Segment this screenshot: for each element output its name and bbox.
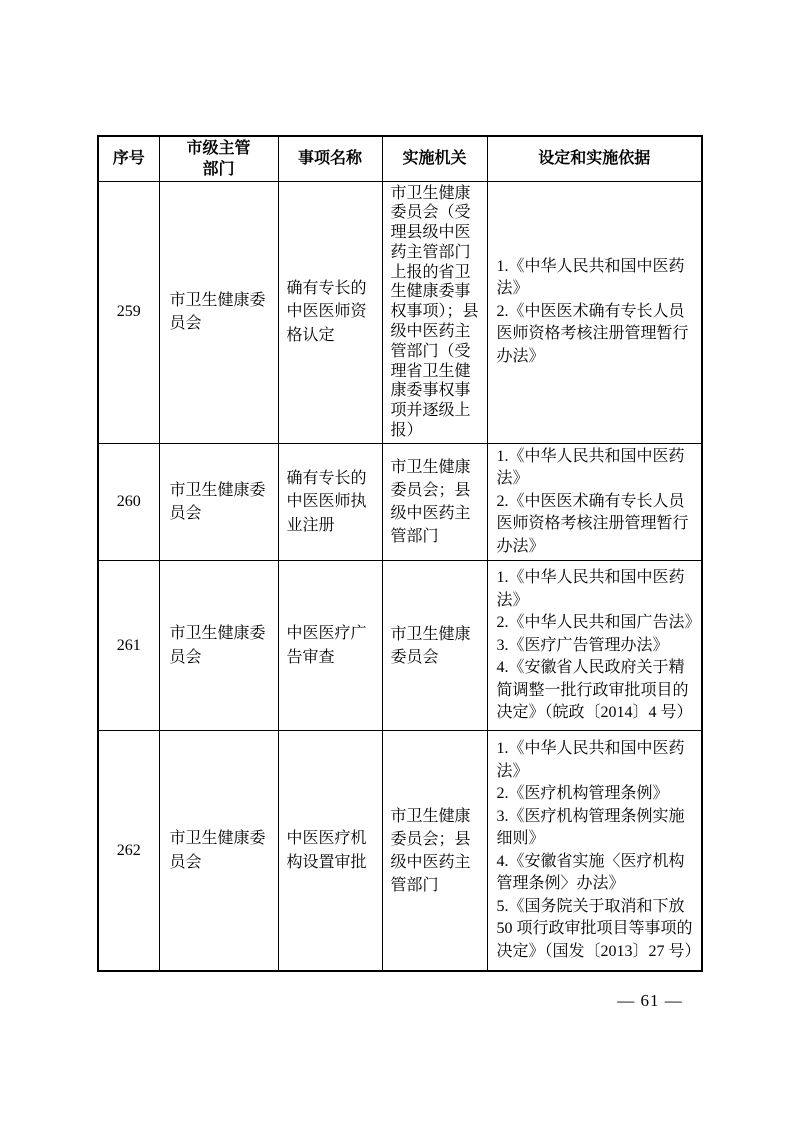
header-department: 市级主管部门	[159, 136, 278, 181]
cell-agency: 市卫生健康委员会（受理县级中医药主管部门上报的省卫生健康委事权事项）；县级中医药…	[382, 181, 487, 443]
cell-department: 市卫生健康委员会	[159, 443, 278, 561]
table-row: 259 市卫生健康委员会 确有专长的中医医师资格认定 市卫生健康委员会（受理县级…	[98, 181, 702, 443]
header-item-name: 事项名称	[278, 136, 382, 181]
basis-line: 1.《中华人民共和国中医药法》	[497, 567, 698, 612]
basis-line: 2.《中华人民共和国广告法》	[497, 612, 698, 635]
cell-department: 市卫生健康委员会	[159, 181, 278, 443]
header-row: 序号 市级主管部门 事项名称 实施机关 设定和实施依据	[98, 136, 702, 181]
cell-item-name: 中医医疗广告审查	[278, 561, 382, 731]
cell-basis: 1.《中华人民共和国中医药法》2.《中华人民共和国广告法》3.《医疗广告管理办法…	[487, 561, 702, 731]
page-number: — 61 —	[585, 991, 715, 1011]
cell-item-name: 中医医疗机构设置审批	[278, 731, 382, 971]
header-basis: 设定和实施依据	[487, 136, 702, 181]
table-row: 260 市卫生健康委员会 确有专长的中医医师执业注册 市卫生健康委员会；县级中医…	[98, 443, 702, 561]
basis-line: 2.《中医医术确有专长人员医师资格考核注册管理暂行办法》	[497, 491, 698, 559]
basis-line: 2.《医疗机构管理条例》	[497, 783, 698, 806]
cell-serial-number: 260	[98, 443, 159, 561]
basis-line: 5.《国务院关于取消和下放50 项行政审批项目等事项的决定》（国发〔2013〕2…	[497, 896, 698, 964]
basis-line: 3.《医疗机构管理条例实施细则》	[497, 806, 698, 851]
cell-agency: 市卫生健康委员会；县级中医药主管部门	[382, 443, 487, 561]
cell-basis: 1.《中华人民共和国中医药法》2.《医疗机构管理条例》3.《医疗机构管理条例实施…	[487, 731, 702, 971]
cell-agency: 市卫生健康委员会；县级中医药主管部门	[382, 731, 487, 971]
cell-item-name: 确有专长的中医医师执业注册	[278, 443, 382, 561]
header-agency: 实施机关	[382, 136, 487, 181]
cell-serial-number: 261	[98, 561, 159, 731]
cell-agency: 市卫生健康委员会	[382, 561, 487, 731]
basis-line: 4.《安徽省实施〈医疗机构管理条例〉办法》	[497, 851, 698, 896]
document-page: 序号 市级主管部门 事项名称 实施机关 设定和实施依据 259 市卫生健康委员会…	[0, 0, 793, 1122]
basis-line: 2.《中医医术确有专长人员医师资格考核注册管理暂行办法》	[497, 301, 698, 369]
cell-basis: 1.《中华人民共和国中医药法》2.《中医医术确有专长人员医师资格考核注册管理暂行…	[487, 181, 702, 443]
basis-line: 4.《安徽省人民政府关于精简调整一批行政审批项目的决定》（皖政〔2014〕4 号…	[497, 657, 698, 725]
table-body: 259 市卫生健康委员会 确有专长的中医医师资格认定 市卫生健康委员会（受理县级…	[98, 181, 702, 971]
basis-line: 1.《中华人民共和国中医药法》	[497, 256, 698, 301]
cell-serial-number: 262	[98, 731, 159, 971]
cell-item-name: 确有专长的中医医师资格认定	[278, 181, 382, 443]
basis-line: 3.《医疗广告管理办法》	[497, 635, 698, 658]
header-serial-number: 序号	[98, 136, 159, 181]
cell-basis: 1.《中华人民共和国中医药法》2.《中医医术确有专长人员医师资格考核注册管理暂行…	[487, 443, 702, 561]
cell-department: 市卫生健康委员会	[159, 731, 278, 971]
cell-serial-number: 259	[98, 181, 159, 443]
table-header: 序号 市级主管部门 事项名称 实施机关 设定和实施依据	[98, 136, 702, 181]
approval-items-table: 序号 市级主管部门 事项名称 实施机关 设定和实施依据 259 市卫生健康委员会…	[97, 135, 703, 972]
basis-line: 1.《中华人民共和国中医药法》	[497, 738, 698, 783]
table-row: 262 市卫生健康委员会 中医医疗机构设置审批 市卫生健康委员会；县级中医药主管…	[98, 731, 702, 971]
table-row: 261 市卫生健康委员会 中医医疗广告审查 市卫生健康委员会 1.《中华人民共和…	[98, 561, 702, 731]
cell-department: 市卫生健康委员会	[159, 561, 278, 731]
basis-line: 1.《中华人民共和国中医药法》	[497, 446, 698, 491]
